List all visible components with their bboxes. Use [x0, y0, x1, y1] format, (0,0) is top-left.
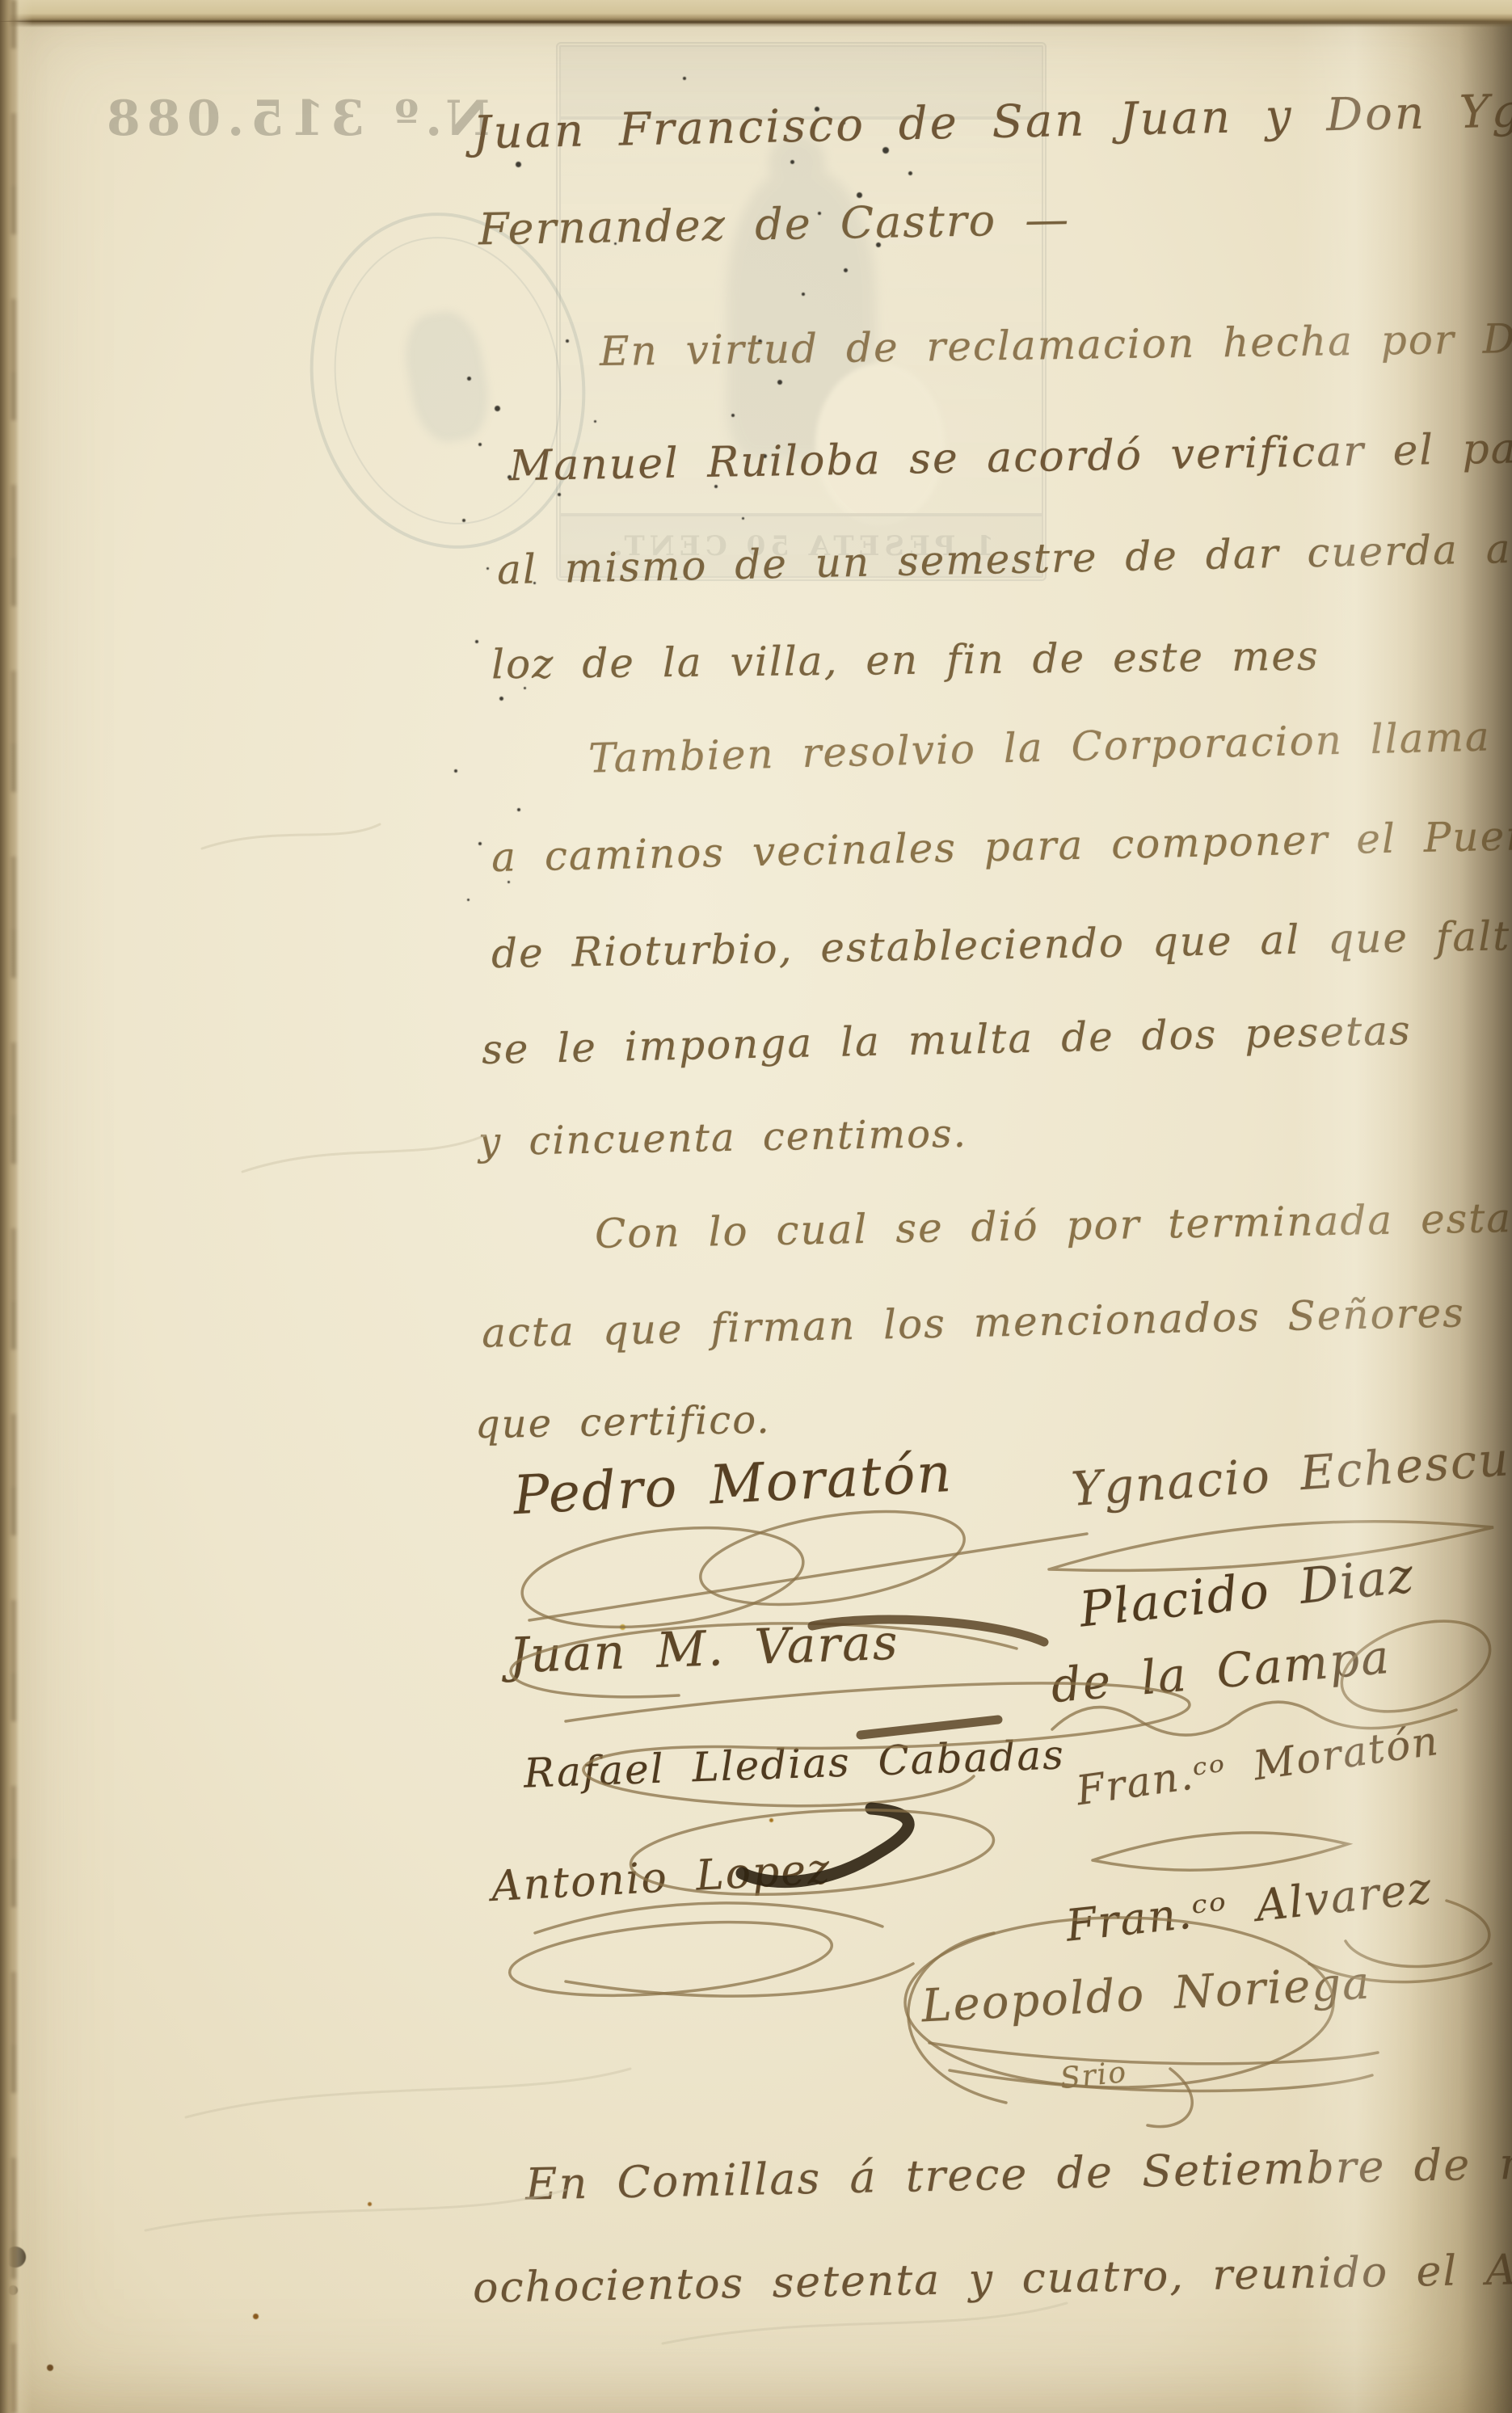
- act-line-10: se le imponga la multa de dos pesetas: [482, 1007, 1413, 1073]
- signature-juan-m-varas: Juan M. Varas: [508, 1615, 900, 1685]
- act-line-6: loz de la villa, en fin de este mes: [491, 633, 1320, 689]
- mirrored-numbering-stamp: N.º 315.088: [85, 91, 505, 147]
- ink-speck: [486, 567, 489, 570]
- ink-speck: [368, 2202, 372, 2206]
- signature-antonio-lopez: Antonio Lopez: [491, 1845, 832, 1911]
- signature-rafael-lledias-cabadas: Rafael Lledias Cabadas: [523, 1731, 1066, 1796]
- ink-speck: [499, 697, 503, 701]
- ink-speck: [454, 769, 457, 773]
- ink-speck: [516, 162, 521, 167]
- act-line-11: y cincuenta centimos.: [478, 1111, 968, 1165]
- page-left-tear-texture: [11, 0, 16, 2413]
- signature-pedro-moraton: Pedro Moratón: [512, 1442, 954, 1527]
- page-left-torn-edge: [0, 0, 32, 2413]
- ink-speck: [769, 1818, 773, 1822]
- ink-speck: [253, 2314, 259, 2319]
- act-line-14: que certifico.: [475, 1397, 771, 1447]
- ink-speck: [478, 842, 482, 845]
- manuscript-page: N.º 315.088 1 PESETA 50 CENT. Juan Franc…: [0, 0, 1512, 2413]
- ink-speck: [47, 2365, 53, 2371]
- ink-speck: [508, 881, 510, 883]
- act-line-2: Fernandez de Castro —: [478, 194, 1071, 255]
- binding-shadow: [1294, 0, 1512, 2413]
- ink-speck: [517, 808, 520, 811]
- ink-speck: [467, 899, 470, 901]
- signature-secretary-abbrev: Srio: [1059, 2056, 1129, 2095]
- ink-speck: [475, 640, 478, 643]
